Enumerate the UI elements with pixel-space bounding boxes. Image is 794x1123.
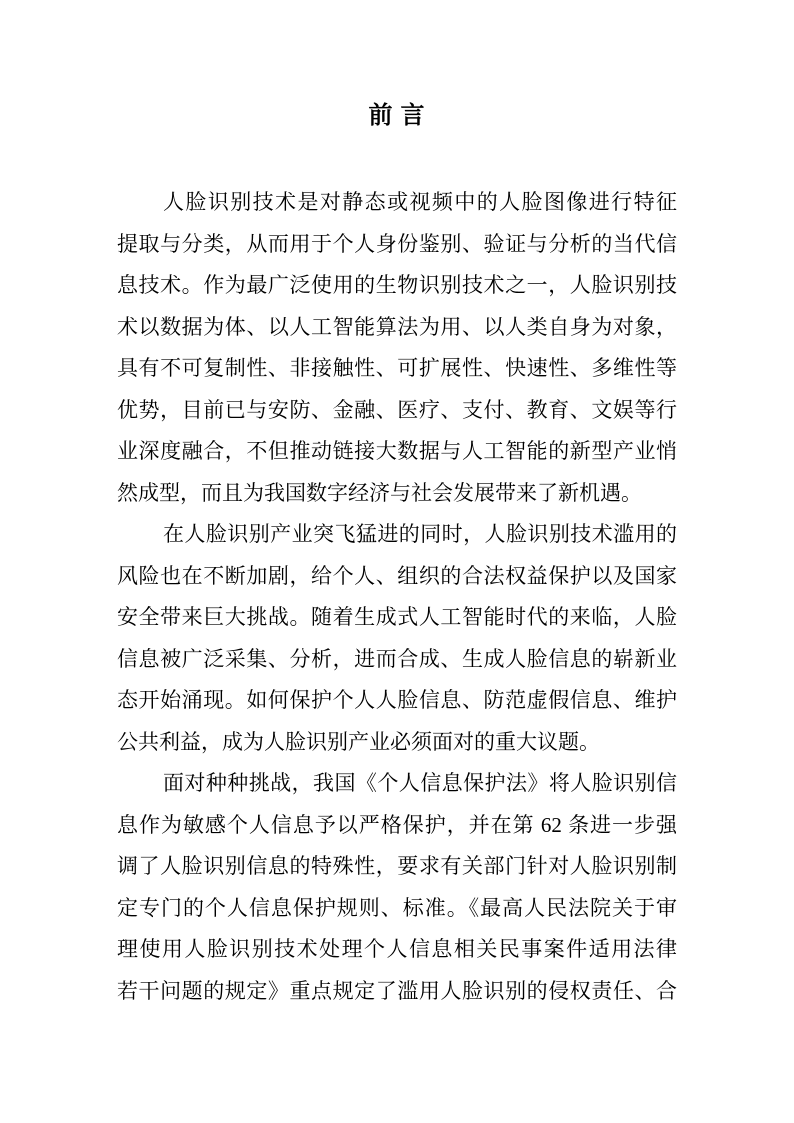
text-line: 业深度融合，不但推动链接大数据与人工智能的新型产业悄 xyxy=(117,431,677,473)
text-line: 息技术。作为最广泛使用的生物识别技术之一，人脸识别技 xyxy=(117,265,677,307)
text-line: 信息被广泛采集、分析，进而合成、生成人脸信息的崭新业 xyxy=(117,639,677,681)
page-title: 前 言 xyxy=(117,0,677,132)
text-line: 调了人脸识别信息的特殊性，要求有关部门针对人脸识别制 xyxy=(117,846,677,888)
text-line: 息作为敏感个人信息予以严格保护，并在第 62 条进一步强 xyxy=(117,805,677,847)
text-line: 提取与分类，从而用于个人身份鉴别、验证与分析的当代信 xyxy=(117,224,677,266)
text-line: 面对种种挑战，我国《个人信息保护法》将人脸识别信 xyxy=(117,763,677,805)
text-line: 理使用人脸识别技术处理个人信息相关民事案件适用法律 xyxy=(117,929,677,971)
document-page: 前 言 人脸识别技术是对静态或视频中的人脸图像进行特征 提取与分类，从而用于个人… xyxy=(0,0,794,1123)
text-line: 术以数据为体、以人工智能算法为用、以人类自身为对象， xyxy=(117,307,677,349)
text-line: 定专门的个人信息保护规则、标准。《最高人民法院关于审 xyxy=(117,888,677,930)
text-line: 若干问题的规定》重点规定了滥用人脸识别的侵权责任、合 xyxy=(117,971,677,1013)
text-line: 在人脸识别产业突飞猛进的同时，人脸识别技术滥用的 xyxy=(117,514,677,556)
text-line: 然成型，而且为我国数字经济与社会发展带来了新机遇。 xyxy=(117,473,677,515)
document-body: 人脸识别技术是对静态或视频中的人脸图像进行特征 提取与分类，从而用于个人身份鉴别… xyxy=(117,182,677,1012)
text-line: 人脸识别技术是对静态或视频中的人脸图像进行特征 xyxy=(117,182,677,224)
text-line: 态开始涌现。如何保护个人人脸信息、防范虚假信息、维护 xyxy=(117,680,677,722)
text-line: 优势，目前已与安防、金融、医疗、支付、教育、文娱等行 xyxy=(117,390,677,432)
text-line: 具有不可复制性、非接触性、可扩展性、快速性、多维性等 xyxy=(117,348,677,390)
text-line: 公共利益，成为人脸识别产业必须面对的重大议题。 xyxy=(117,722,677,764)
text-line: 安全带来巨大挑战。随着生成式人工智能时代的来临，人脸 xyxy=(117,597,677,639)
text-line: 风险也在不断加剧，给个人、组织的合法权益保护以及国家 xyxy=(117,556,677,598)
